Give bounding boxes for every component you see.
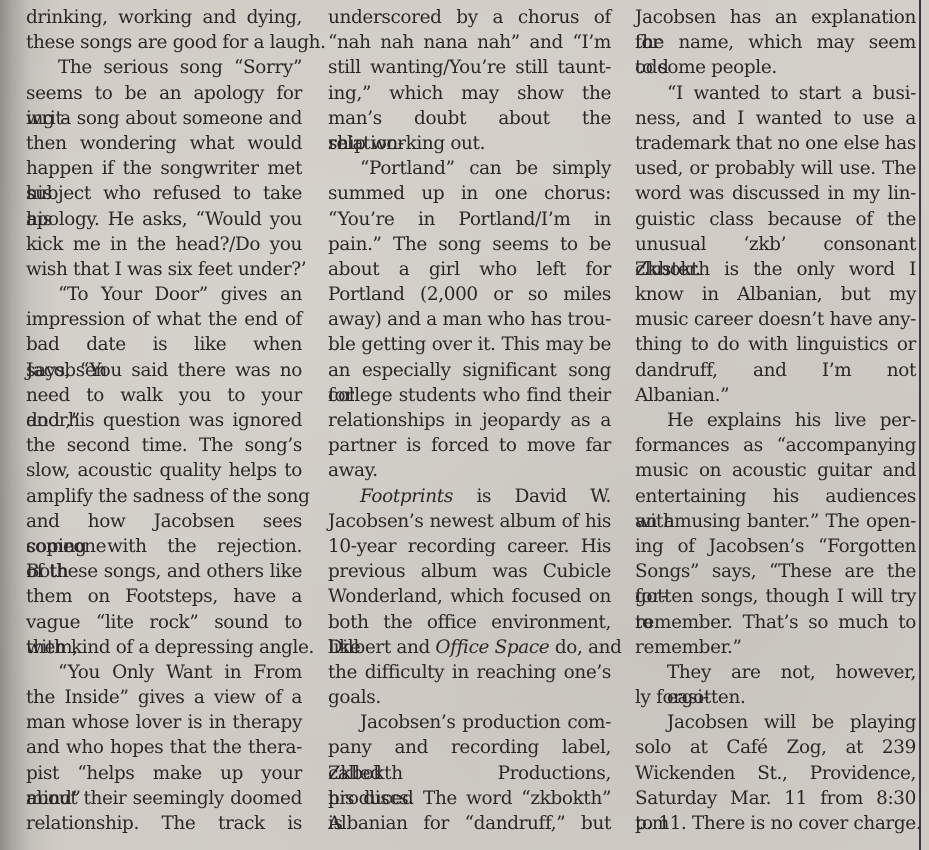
column-rule xyxy=(919,0,921,850)
text-line: apology. He asks, “Would you xyxy=(26,207,302,232)
text-line: Wonderland, which focused on xyxy=(328,584,611,609)
text-line: an especially significant song for xyxy=(328,358,611,383)
text-line: the name, which may seem odd xyxy=(635,30,916,55)
text-span: do, and xyxy=(549,637,621,658)
text-line: drinking, working and dying, xyxy=(26,5,302,30)
text-line: and his question was ignored xyxy=(26,408,302,433)
text-line: the difficulty in reaching one’s xyxy=(328,660,611,685)
text-line: thing to do with linguistics or xyxy=(635,332,916,357)
text-line: Jacobsen will be playing xyxy=(635,710,916,735)
text-line: man whose lover is in therapy xyxy=(26,710,302,735)
text-line: pany and recording label, called xyxy=(328,735,611,760)
text-line: solo at Café Zog, at 239 xyxy=(635,735,916,760)
text-line: Songs” says, “These are the for- xyxy=(635,559,916,584)
text-line: The serious song “Sorry” xyxy=(26,55,302,80)
text-line: vague “lite rock” sound to them, xyxy=(26,610,302,635)
text-line: pist “helps make up your mind” xyxy=(26,761,302,786)
text-line: “You’re in Portland/I’m in xyxy=(328,207,611,232)
text-line: “nah nah nana nah” and “I’m xyxy=(328,30,611,55)
text-line: them on Footsteps, have a xyxy=(26,584,302,609)
text-line: dandruff, and I’m not xyxy=(635,358,916,383)
text-line: partner is forced to move far xyxy=(328,433,611,458)
text-line: Zkbokth Productions, produced xyxy=(328,761,611,786)
text-line: Jacobsen’s production com- xyxy=(328,710,611,735)
text-line: Portland (2,000 or so miles xyxy=(328,282,611,307)
article-column-2: underscored by a chorus of“nah nah nana … xyxy=(328,5,611,836)
text-line: need to walk you to your door,” xyxy=(26,383,302,408)
text-line: He explains his live per- xyxy=(635,408,916,433)
text-line: the second time. The song’s xyxy=(26,433,302,458)
text-line: says, “You said there was no xyxy=(26,358,302,383)
text-line: to some people. xyxy=(635,55,916,80)
text-line: an amusing banter.” The open- xyxy=(635,509,916,534)
text-line: of these songs, and others like xyxy=(26,559,302,584)
text-line: amplify the sadness of the song xyxy=(26,484,302,509)
text-span: is David W. xyxy=(453,486,611,507)
text-line: seems to be an apology for writ- xyxy=(26,81,302,106)
text-line: previous album was Cubicle xyxy=(328,559,611,584)
text-line: relationship. The track is xyxy=(26,811,302,836)
text-line: wish that I was six feet under?’ xyxy=(26,257,302,282)
text-line: Jacobsen’s newest album of his xyxy=(328,509,611,534)
text-line: about their seemingly doomed xyxy=(26,786,302,811)
film-title-italic: Office Space xyxy=(435,637,549,658)
text-line: word was discussed in my lin- xyxy=(635,181,916,206)
text-line: bad date is like when Jacobsen xyxy=(26,332,302,357)
text-line: about a girl who left for xyxy=(328,257,611,282)
text-line: Jacobsen has an explanation for xyxy=(635,5,916,30)
text-line: ing of Jacobsen’s “Forgotten xyxy=(635,534,916,559)
text-line: relationships in jeopardy as a xyxy=(328,408,611,433)
newspaper-page: drinking, working and dying,these songs … xyxy=(0,0,929,850)
text-line: his discs. The word “zkbokth” is xyxy=(328,786,611,811)
text-line: entertaining his audiences with xyxy=(635,484,916,509)
text-line: ing,” which may show the xyxy=(328,81,611,106)
text-line: “You Only Want in From xyxy=(26,660,302,685)
text-line: Wickenden St., Providence, xyxy=(635,761,916,786)
text-line: music on acoustic guitar and xyxy=(635,458,916,483)
text-span: Dilbert and xyxy=(328,637,435,658)
text-line: ness, and I wanted to use a xyxy=(635,106,916,131)
text-line: underscored by a chorus of xyxy=(328,5,611,30)
text-line: goals. xyxy=(328,685,611,710)
text-line: ship working out. xyxy=(328,131,611,156)
text-line: 10-year recording career. His xyxy=(328,534,611,559)
text-line: unusual ‘zkb’ consonant cluster. xyxy=(635,232,916,257)
text-line: slow, acoustic quality helps to xyxy=(26,458,302,483)
text-line: used, or probably will use. The xyxy=(635,156,916,181)
text-line: then wondering what would xyxy=(26,131,302,156)
text-line: both the office environment, like xyxy=(328,610,611,635)
text-line: summed up in one chorus: xyxy=(328,181,611,206)
text-line: “To Your Door” gives an xyxy=(26,282,302,307)
text-line: music career doesn’t have any- xyxy=(635,307,916,332)
text-line: know in Albanian, but my xyxy=(635,282,916,307)
text-line: Saturday Mar. 11 from 8:30 p.m xyxy=(635,786,916,811)
text-line: Albanian.” xyxy=(635,383,916,408)
text-line: these songs are good for a laugh. xyxy=(26,30,302,55)
text-line: gotten songs, though I will try to xyxy=(635,584,916,609)
text-line: to 11. There is no cover charge. xyxy=(635,811,916,836)
text-line: “I wanted to start a busi- xyxy=(635,81,916,106)
text-line: Footprints is David W. xyxy=(328,484,611,509)
article-column-1: drinking, working and dying,these songs … xyxy=(26,5,302,836)
text-line: away) and a man who has trou- xyxy=(328,307,611,332)
text-line: trademark that no one else has xyxy=(635,131,916,156)
text-line: ble getting over it. This may be xyxy=(328,332,611,357)
text-line: formances as “accompanying xyxy=(635,433,916,458)
text-line: the Inside” gives a view of a xyxy=(26,685,302,710)
text-line: remember.” xyxy=(635,635,916,660)
text-line: Zkbokth is the only word I xyxy=(635,257,916,282)
text-line: away. xyxy=(328,458,611,483)
text-line: subject who refused to take his xyxy=(26,181,302,206)
text-line: and who hopes that the thera- xyxy=(26,735,302,760)
text-line: ing a song about someone and xyxy=(26,106,302,131)
text-line: “Portland” can be simply xyxy=(328,156,611,181)
text-line: happen if the songwriter met his xyxy=(26,156,302,181)
text-line: guistic class because of the xyxy=(635,207,916,232)
text-line: coping with the rejection. Both xyxy=(26,534,302,559)
text-line: still wanting/You’re still taunt- xyxy=(328,55,611,80)
text-line: ly forgotten. xyxy=(635,685,916,710)
text-line: Dilbert and Office Space do, and xyxy=(328,635,611,660)
album-title-italic: Footprints xyxy=(360,486,453,507)
text-line: man’s doubt about the relation- xyxy=(328,106,611,131)
text-line: with kind of a depressing angle. xyxy=(26,635,302,660)
text-line: college students who find their xyxy=(328,383,611,408)
text-line: remember. That’s so much to xyxy=(635,610,916,635)
text-line: and how Jacobsen sees someone xyxy=(26,509,302,534)
text-line: impression of what the end of xyxy=(26,307,302,332)
article-column-3: Jacobsen has an explanation forthe name,… xyxy=(635,5,916,836)
text-line: They are not, however, easi- xyxy=(635,660,916,685)
text-line: kick me in the head?/Do you xyxy=(26,232,302,257)
text-line: pain.” The song seems to be xyxy=(328,232,611,257)
text-line: Albanian for “dandruff,” but xyxy=(328,811,611,836)
